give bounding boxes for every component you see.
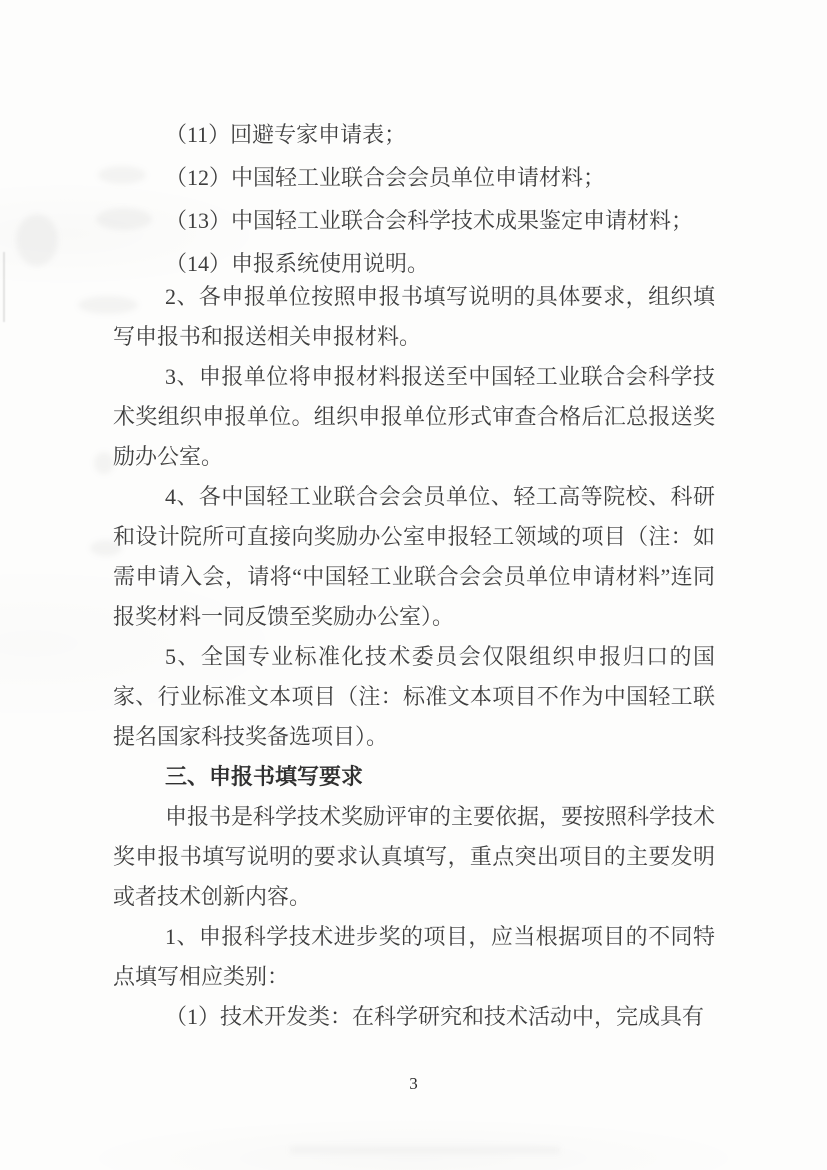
list-item: （13）中国轻工业联合会科学技术成果鉴定申请材料； (113, 199, 715, 242)
scan-edge-shade (290, 1146, 560, 1154)
paragraph: 申报书是科学技术奖励评审的主要依据，要按照科学技术奖申报书填写说明的要求认真填写… (113, 797, 715, 917)
paragraph: 4、各中国轻工业联合会会员单位、轻工高等院校、科研和设计院所可直接向奖励办公室申… (113, 477, 715, 637)
page-number: 3 (0, 1072, 827, 1096)
paragraph: 2、各申报单位按照申报书填写说明的具体要求，组织填写申报书和报送相关申报材料。 (113, 277, 715, 357)
scan-smudge (94, 452, 114, 474)
list-item: （11）回避专家申请表； (113, 113, 715, 156)
list-item: （12）中国轻工业联合会会员单位申请材料； (113, 156, 715, 199)
scan-edge-artifact (3, 252, 5, 322)
scanned-document-screenshot: { "page": { "number": "3", "paper_color"… (0, 0, 827, 1170)
section-heading: 三、申报书填写要求 (113, 757, 715, 797)
document-page: （11）回避专家申请表；（12）中国轻工业联合会会员单位申请材料；（13）中国轻… (0, 0, 827, 1170)
paragraph: 1、申报科学技术进步奖的项目，应当根据项目的不同特点填写相应类别： (113, 917, 715, 997)
paragraph: 3、申报单位将申报材料报送至中国轻工业联合会科学技术奖组织申报单位。组织申报单位… (113, 357, 715, 477)
paragraph: （1）技术开发类：在科学研究和技术活动中，完成具有 (113, 997, 715, 1037)
document-body: （11）回避专家申请表；（12）中国轻工业联合会会员单位申请材料；（13）中国轻… (113, 113, 715, 1037)
scan-smudge (16, 214, 58, 266)
paragraph: 5、全国专业标准化技术委员会仅限组织申报归口的国家、行业标准文本项目（注：标准文… (113, 637, 715, 757)
